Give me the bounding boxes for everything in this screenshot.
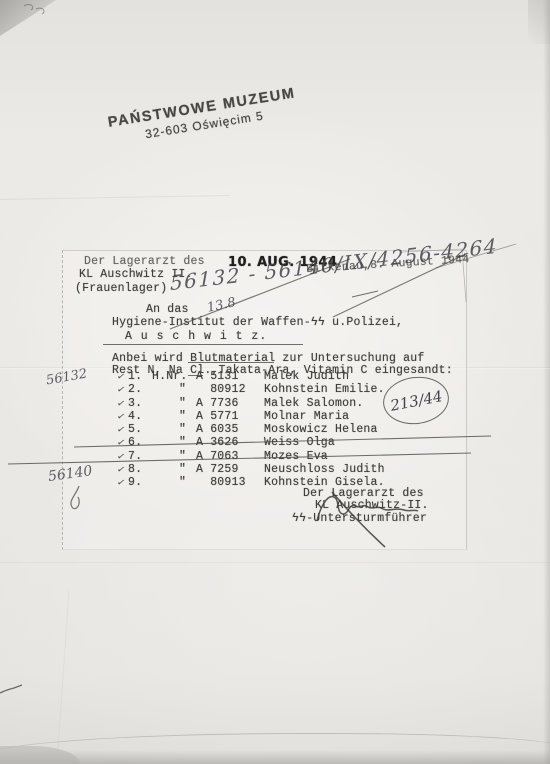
scanned-page: PAŃSTWOWE MUZEUM 32-603 Oświęcim 5 Der L… [0, 0, 550, 764]
stray-pen-mark [0, 685, 22, 693]
row-number: 2. [128, 383, 152, 396]
file-number-text: 213/44 [388, 387, 443, 415]
prisoner-name: Weiss Olga [258, 436, 335, 449]
prisoner-name: Moskowicz Helena [258, 423, 378, 436]
row-number: 9. [128, 476, 152, 489]
row-number: 6. [128, 436, 152, 449]
prisoner-id: A 6035 [196, 423, 258, 436]
underline-auschwitz [103, 344, 303, 345]
recipient-line-2: Hygiene-Institut der Waffen-ϟϟ u.Polizei… [112, 316, 403, 329]
prisoner-id: A 3626 [196, 436, 258, 449]
prisoner-number-column: H.Nr. [152, 370, 196, 383]
row-number: 8. [128, 463, 152, 476]
prisoner-number-column: " [152, 397, 196, 410]
signature-line-3: ϟϟ-Untersturmführer [292, 512, 427, 525]
prisoner-id: A 7063 [196, 450, 258, 463]
recipient-line-1: An das [146, 303, 189, 316]
prisoner-name: Malek Salomon. [258, 397, 363, 410]
prisoner-name: Neuschloss Judith [258, 463, 385, 476]
crease-line [57, 590, 69, 750]
row-number: 4. [128, 410, 152, 423]
prisoner-number-column: " [152, 476, 196, 489]
prisoner-id: A 5771 [196, 410, 258, 423]
prisoner-number-column: " [152, 463, 196, 476]
crease-line [0, 562, 550, 563]
signature-line-2: KL Auschwitz-II. [315, 499, 429, 512]
underline-blutmaterial [188, 362, 274, 363]
prisoner-id: A 5131 [196, 370, 258, 383]
crease-line [0, 195, 230, 200]
folded-corner-top-left [0, 0, 56, 36]
prisoner-name: Mozes Eva [258, 450, 328, 463]
paper-bottom-shadow [0, 750, 550, 764]
prisoner-id: 80912 [196, 383, 258, 396]
museum-stamp: PAŃSTWOWE MUZEUM 32-603 Oświęcim 5 [107, 85, 300, 146]
sender-line-3: (Frauenlager) [75, 282, 167, 295]
prisoner-number-column: " [152, 450, 196, 463]
table-row: ✓7."A 7063Mozes Eva [117, 450, 447, 463]
prisoner-number-column: " [152, 410, 196, 423]
prisoner-number-column: " [152, 436, 196, 449]
paper-edge-right [543, 0, 550, 764]
prisoner-number-column: " [152, 383, 196, 396]
table-row: ✓5."A 6035Moskowicz Helena [117, 423, 447, 436]
row-number: 1. [128, 370, 152, 383]
row-number: 7. [128, 450, 152, 463]
prisoner-name: Molnar Maria [258, 410, 349, 423]
sender-line-1: Der Lagerarzt des [84, 255, 205, 268]
prisoner-name: Kohnstein Emilie. [258, 383, 385, 396]
prisoner-number-column: " [152, 423, 196, 436]
table-row: ✓8."A 7259Neuschloss Judith [117, 463, 447, 476]
prisoner-id: A 7259 [196, 463, 258, 476]
prisoner-id: A 7736 [196, 397, 258, 410]
table-row: ✓6."A 3626Weiss Olga [117, 436, 447, 449]
prisoner-name: Malek Judith [258, 370, 349, 383]
row-number: 3. [128, 397, 152, 410]
prisoner-id: 80913 [196, 476, 258, 489]
row-number: 5. [128, 423, 152, 436]
recipient-line-3: A u s c h w i t z. [125, 330, 267, 343]
